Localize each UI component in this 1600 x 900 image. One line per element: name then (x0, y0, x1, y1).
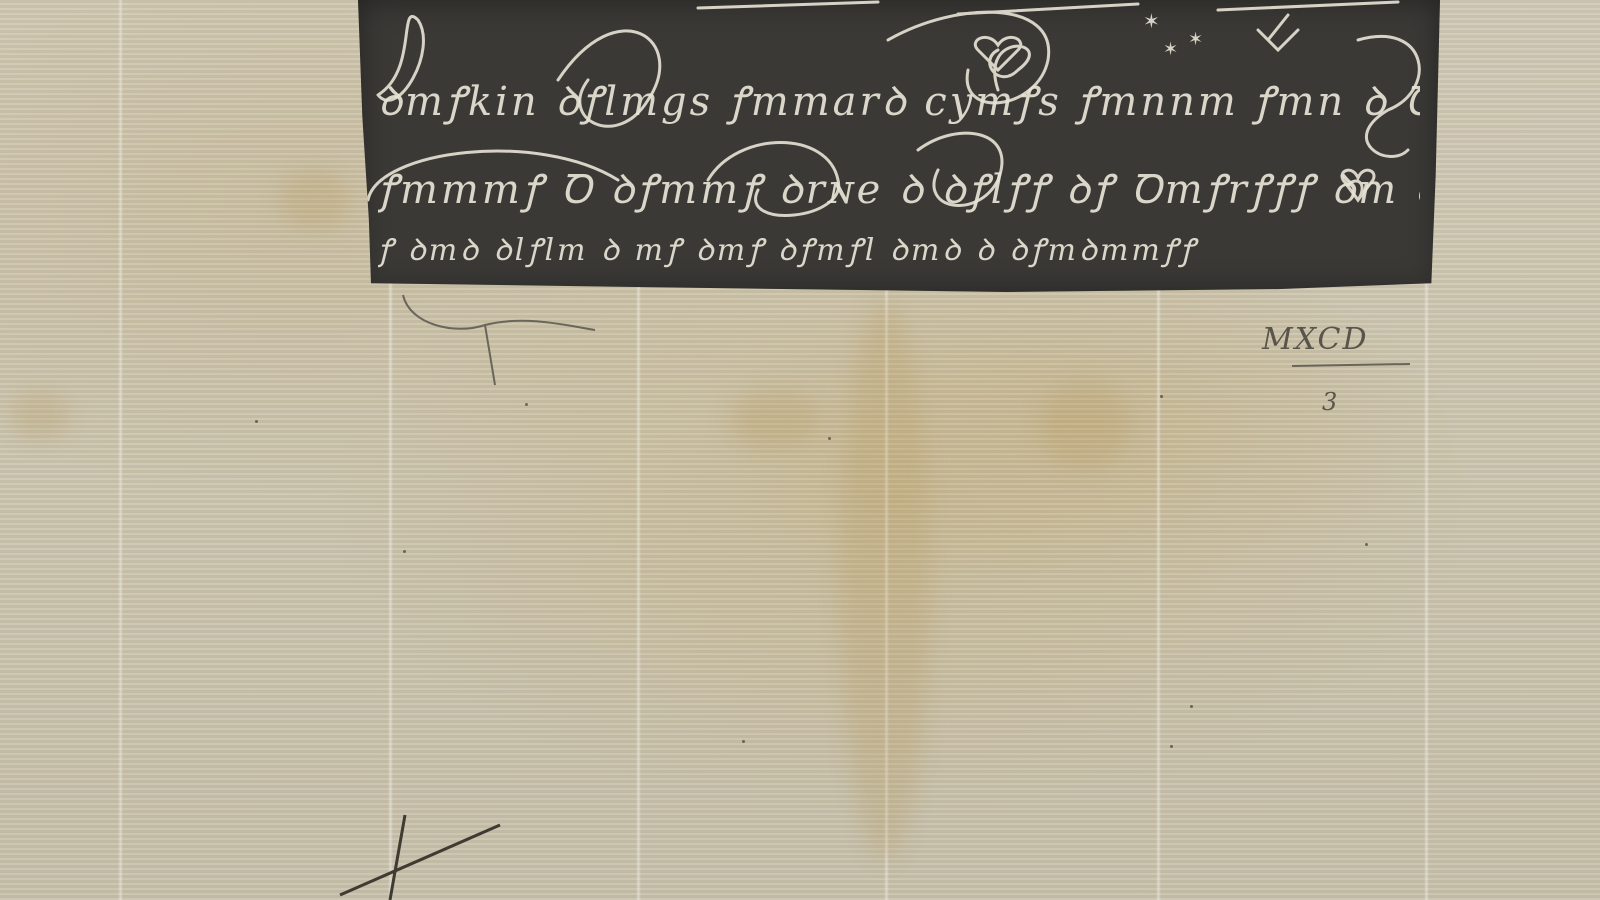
foxing-stain (1040, 380, 1130, 470)
pencil-scrawl-icon (395, 285, 615, 395)
chain-line (118, 0, 123, 900)
pencil-catalog-number: MXCD (1262, 322, 1369, 357)
calligraphy-print-block: ✶ ✶ ✶ ꝺmꝭkin ꝺꝭlmgs ꝭmmarꝺ cymꝭs ꝭmnnm ꝭ… (358, 0, 1440, 292)
paper-speck (255, 420, 258, 423)
paper-speck (1170, 745, 1173, 748)
paper-speck (742, 740, 745, 743)
script-line-3: ꝭ ꝺmꝺ ꝺlꝭlm ꝺ mꝭ ꝺmꝭ ꝺꝭmꝭl ꝺmꝺ ꝺ ꝺꝭmꝺmmꝭ… (378, 228, 1420, 269)
paper-speck (525, 403, 528, 406)
script-line-1: ꝺmꝭkin ꝺꝭlmgs ꝭmmarꝺ cymꝭs ꝭmnnm ꝭmn ꝺ Ꝺ… (378, 72, 1420, 127)
svg-text:✶: ✶ (1188, 29, 1203, 50)
script-line-2: ꝭmmmꝭ Ꝺ ꝺꝭmmꝭ ꝺrɴe ꝺ ꝺꝭlꝭꝭ ꝺꝭ Ꝺmꝭrꝭꝭꝭ ꝺm… (378, 160, 1420, 215)
svg-text:✶: ✶ (1163, 39, 1178, 60)
paper-speck (1160, 395, 1163, 398)
foxing-stain (10, 390, 70, 440)
pencil-sub-number: 3 (1322, 388, 1337, 416)
paper-speck (828, 437, 831, 440)
foxing-stain (280, 170, 350, 230)
foxing-stain (730, 390, 820, 450)
pencil-cross-icon (320, 800, 520, 900)
paper-speck (1190, 705, 1193, 708)
paper-speck (1365, 543, 1368, 546)
svg-text:✶: ✶ (1143, 9, 1160, 33)
foxing-stain (840, 300, 930, 860)
paper-speck (403, 550, 406, 553)
